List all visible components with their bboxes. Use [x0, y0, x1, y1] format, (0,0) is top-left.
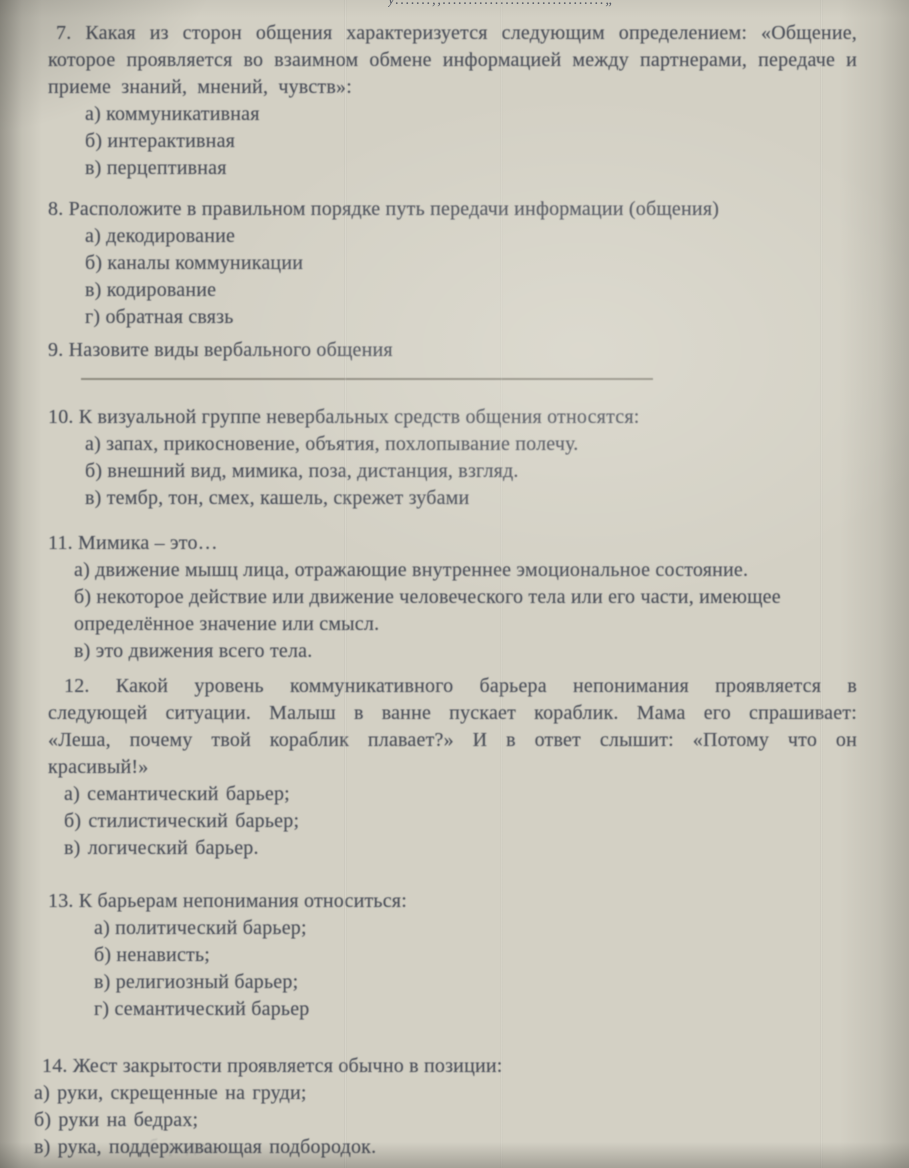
question-8-text: 8. Расположите в правильном порядке путь…: [48, 196, 857, 223]
answer-blank-line: [81, 378, 653, 380]
question-12: 12. Какой уровень коммуникативного барье…: [48, 673, 857, 862]
question-14-text: 14. Жест закрытости проявляется обычно в…: [42, 1053, 857, 1080]
option-b: б) ненависть;: [94, 942, 857, 969]
question-7-text: 7. Какая из сторон общения характеризует…: [48, 20, 857, 101]
option-v: в) кодирование: [85, 277, 857, 304]
question-14-options: а) руки, скрещенные на груди; б) руки на…: [34, 1080, 857, 1161]
quiz-page: 7. Какая из сторон общения характеризует…: [0, 0, 909, 1161]
option-a: а) политический барьер;: [94, 915, 857, 942]
option-b: б) интерактивная: [85, 128, 857, 155]
question-9: 9. Назовите виды вербального общения: [48, 337, 857, 380]
question-7-options: а) коммуникативная б) интерактивная в) п…: [48, 101, 857, 182]
option-v: в) перцептивная: [85, 155, 857, 182]
option-b: б) руки на бедрах;: [34, 1107, 857, 1134]
question-9-text: 9. Назовите виды вербального общения: [48, 337, 857, 364]
question-8-options: а) декодирование б) каналы коммуникации …: [48, 223, 857, 331]
question-10-options: а) запах, прикосновение, объятия, похлоп…: [48, 431, 857, 512]
option-v: в) логический барьер.: [64, 835, 857, 862]
option-b: б) некоторое действие или движение челов…: [74, 584, 857, 638]
question-11-text: 11. Мимика – это…: [48, 530, 857, 557]
question-7: 7. Какая из сторон общения характеризует…: [48, 20, 857, 182]
option-a: а) запах, прикосновение, объятия, похлоп…: [85, 431, 857, 458]
question-14: 14. Жест закрытости проявляется обычно в…: [48, 1053, 857, 1161]
option-a: а) руки, скрещенные на груди;: [34, 1080, 857, 1107]
option-v: в) рука, поддерживающая подбородок.: [34, 1134, 857, 1161]
option-b: б) внешний вид, мимика, поза, дистанция,…: [85, 458, 857, 485]
option-b: б) каналы коммуникации: [85, 250, 857, 277]
option-a: а) движение мышц лица, отражающие внутре…: [74, 557, 857, 584]
question-13-text: 13. К барьерам непонимания относиться:: [48, 888, 857, 915]
option-b: б) стилистический барьер;: [64, 808, 857, 835]
option-a: а) коммуникативная: [85, 101, 857, 128]
question-10-text: 10. К визуальной группе невербальных сре…: [48, 404, 857, 431]
question-13-options: а) политический барьер; б) ненависть; в)…: [48, 915, 857, 1023]
option-v: в) тембр, тон, смех, кашель, скрежет зуб…: [85, 485, 857, 512]
option-g: г) обратная связь: [85, 304, 857, 331]
question-12-text: 12. Какой уровень коммуникативного барье…: [48, 673, 857, 781]
question-11-options: а) движение мышц лица, отражающие внутре…: [48, 557, 857, 665]
question-8: 8. Расположите в правильном порядке путь…: [48, 196, 857, 331]
option-g: г) семантический барьер: [94, 996, 857, 1023]
option-a: а) семантический барьер;: [64, 781, 857, 808]
option-v: в) это движения всего тела.: [74, 638, 857, 665]
option-a: а) декодирование: [85, 223, 857, 250]
question-13: 13. К барьерам непонимания относиться: а…: [48, 888, 857, 1023]
question-11: 11. Мимика – это… а) движение мышц лица,…: [48, 530, 857, 665]
question-10: 10. К визуальной группе невербальных сре…: [48, 404, 857, 512]
option-v: в) религиозный барьер;: [94, 969, 857, 996]
question-12-options: а) семантический барьер; б) стилистическ…: [48, 781, 857, 862]
